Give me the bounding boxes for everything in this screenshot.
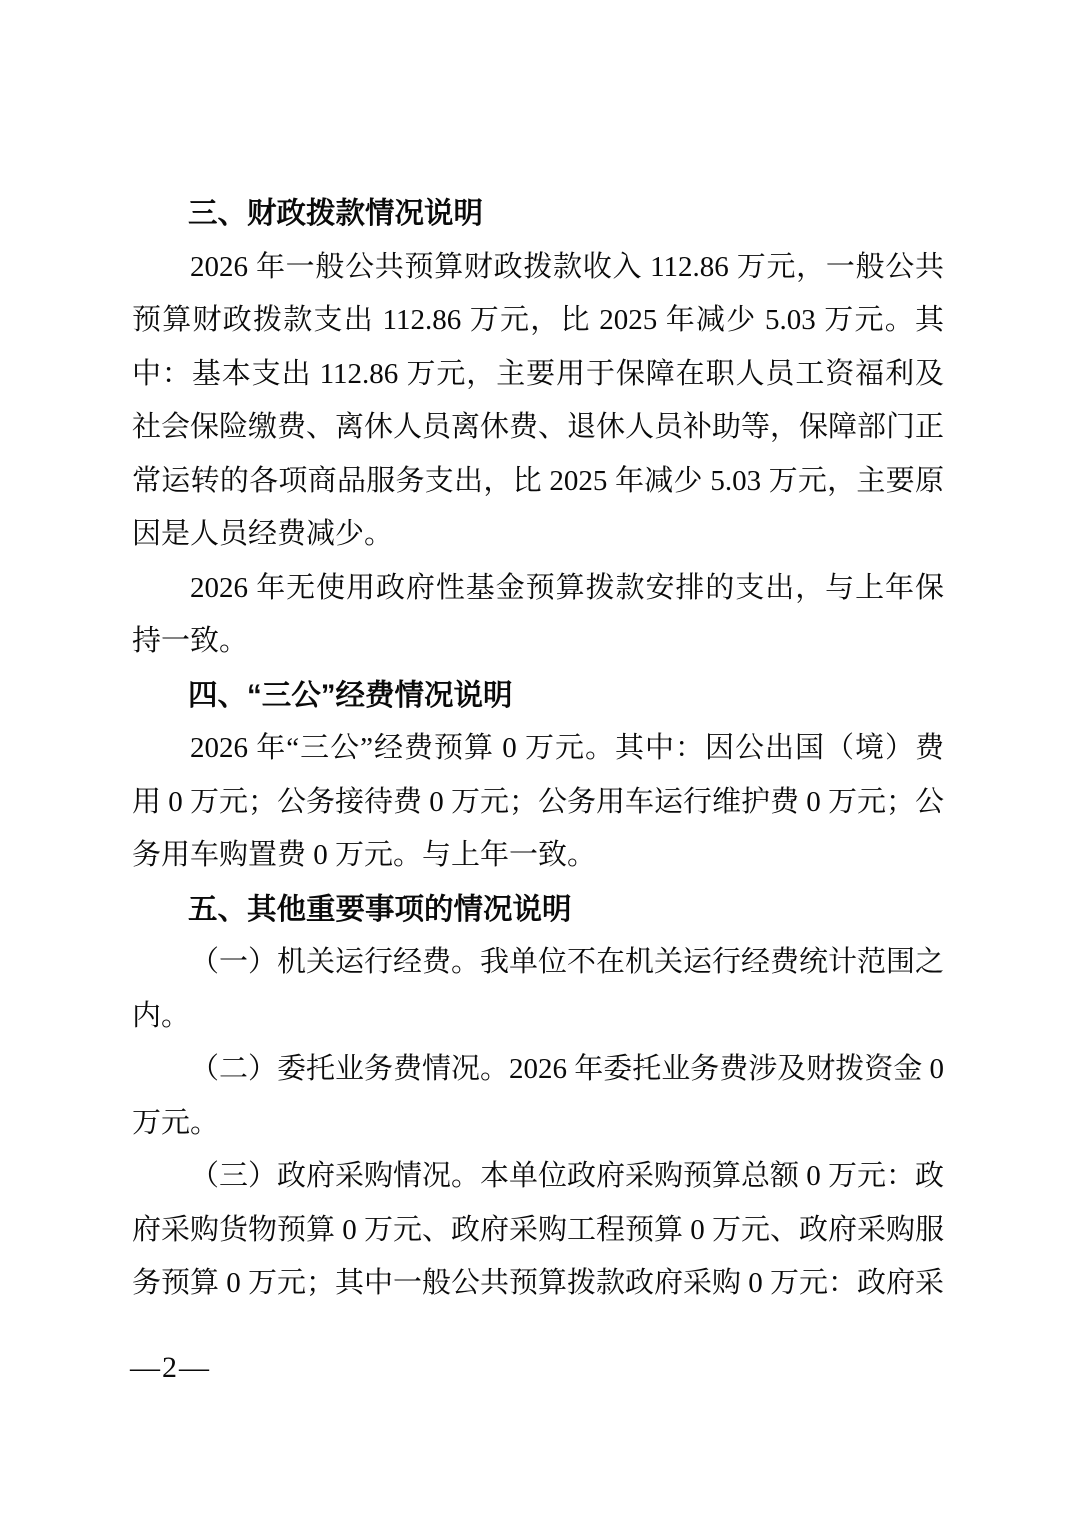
paragraph-government-fund-budget: 2026 年无使用政府性基金预算拨款安排的支出，与上年保持一致。 [132, 562, 944, 669]
document-page: 三、财政拨款情况说明 2026 年一般公共预算财政拨款收入 112.86 万元，… [0, 0, 1074, 1520]
paragraph-government-procurement: （三）政府采购情况。本单位政府采购预算总额 0 万元：政府采购货物预算 0 万元… [132, 1150, 944, 1311]
paragraph-fiscal-appropriation-detail: 2026 年一般公共预算财政拨款收入 112.86 万元，一般公共预算财政拨款支… [132, 241, 944, 562]
document-content: 三、财政拨款情况说明 2026 年一般公共预算财政拨款收入 112.86 万元，… [132, 187, 944, 1311]
paragraph-agency-operating-funds: （一）机关运行经费。我单位不在机关运行经费统计范围之内。 [132, 936, 944, 1043]
paragraph-three-public-expenses-detail: 2026 年“三公”经费预算 0 万元。其中：因公出国（境）费用 0 万元；公务… [132, 722, 944, 883]
section-heading-fiscal-appropriation: 三、财政拨款情况说明 [132, 187, 944, 241]
section-heading-three-public-expenses: 四、“三公”经费情况说明 [132, 669, 944, 723]
page-number: —2— [130, 1341, 211, 1395]
section-heading-other-important-matters: 五、其他重要事项的情况说明 [132, 883, 944, 937]
paragraph-entrusted-business-fees: （二）委托业务费情况。2026 年委托业务费涉及财拨资金 0 万元。 [132, 1043, 944, 1150]
